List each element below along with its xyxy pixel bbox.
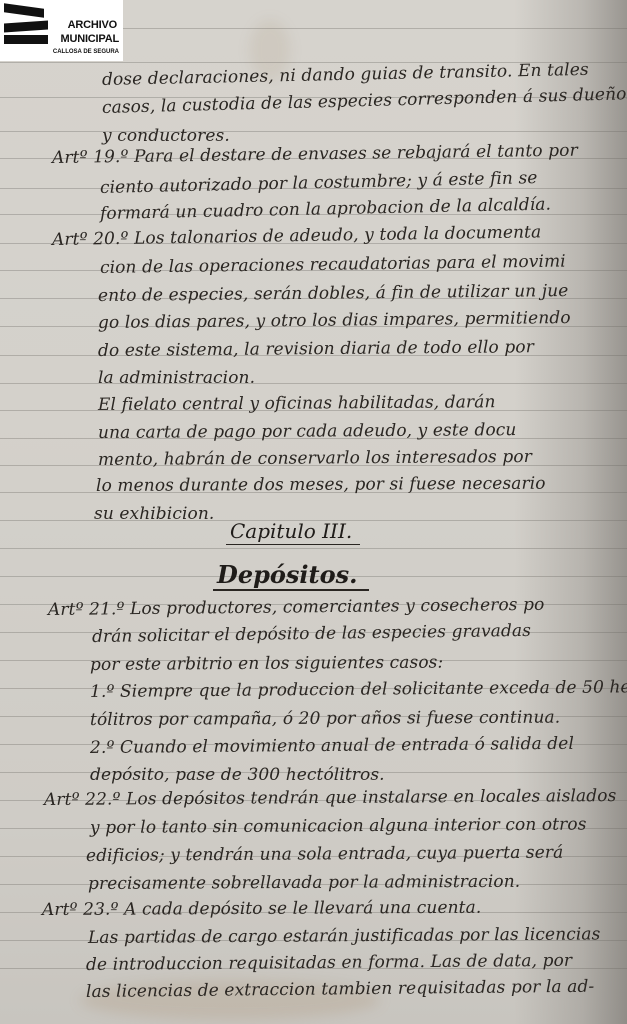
text-line: ento de especies, serán dobles, á fin de…: [98, 281, 569, 306]
ruled-line: [0, 383, 627, 384]
text-line: por este arbitrio en los siguientes caso…: [90, 653, 443, 675]
text-line: mento, habrán de conservarlo los interes…: [98, 447, 532, 470]
text-line: casos, la custodia de las especies corre…: [102, 84, 627, 118]
section-heading: Depósitos.: [213, 560, 369, 591]
ruled-line: [0, 131, 627, 132]
archive-logo: ARCHIVO MUNICIPAL CALLOSA DE SEGURA: [0, 0, 123, 61]
text-line: formará un cuadro con la aprobacion de l…: [100, 195, 551, 224]
ruled-line: [0, 548, 627, 549]
text-line: precisamente sobrellavada por la adminis…: [88, 872, 520, 894]
text-line: Las partidas de cargo estarán justificad…: [88, 924, 601, 948]
text-line: la administracion.: [98, 368, 255, 388]
text-line: drán solicitar el depósito de las especi…: [92, 621, 531, 647]
text-line: lo menos durante dos meses, por si fuese…: [96, 474, 546, 496]
text-line: su exhibicion.: [94, 504, 214, 524]
article-23-line: Artº 23.º A cada depósito se le llevará …: [42, 898, 481, 920]
text-line: y por lo tanto sin comunicacion alguna i…: [90, 815, 587, 838]
text-line: ciento autorizado por la costumbre; y á …: [100, 168, 538, 198]
text-line: El fielato central y oficinas habilitada…: [98, 392, 496, 415]
text-line: go los dias pares, y otro los dias impar…: [98, 308, 571, 333]
logo-bar: [4, 20, 48, 32]
text-line: de introduccion requisitadas en forma. L…: [86, 951, 572, 975]
article-22-line: Artº 22.º Los depósitos tendrán que inst…: [44, 786, 617, 810]
logo-bar: [4, 3, 44, 18]
numbered-item-1: 1.º Siempre que la produccion del solici…: [90, 677, 627, 702]
text-line: tólitros por campaña, ó 20 por años si f…: [90, 708, 560, 730]
logo-bar: [4, 35, 48, 44]
text-line: edificios; y tendrán una sola entrada, c…: [86, 843, 563, 866]
text-line: una carta de pago por cada adeudo, y est…: [98, 420, 517, 443]
text-line: dose declaraciones, ni dando guias de tr…: [102, 60, 589, 90]
chapter-heading: Capitulo III.: [226, 519, 360, 545]
article-20-line: Artº 20.º Los talonarios de adeudo, y to…: [52, 222, 542, 250]
text-line: do este sistema, la revision diaria de t…: [98, 337, 534, 361]
logo-subtitle: CALLOSA DE SEGURA: [53, 49, 119, 55]
text-line: y conductores.: [102, 126, 230, 146]
document-page: ARCHIVO MUNICIPAL CALLOSA DE SEGURA dose…: [0, 0, 627, 1024]
text-line: las licencias de extraccion tambien requ…: [86, 977, 595, 1002]
numbered-item-2: 2.º Cuando el movimiento anual de entrad…: [90, 734, 574, 758]
article-21-line: Artº 21.º Los productores, comerciantes …: [48, 595, 545, 620]
text-line: depósito, pase de 300 hectólitros.: [90, 765, 385, 785]
logo-title-municipal: MUNICIPAL: [61, 33, 120, 45]
text-line: cion de las operaciones recaudatorias pa…: [100, 251, 566, 278]
logo-title-archivo: ARCHIVO: [68, 19, 117, 31]
